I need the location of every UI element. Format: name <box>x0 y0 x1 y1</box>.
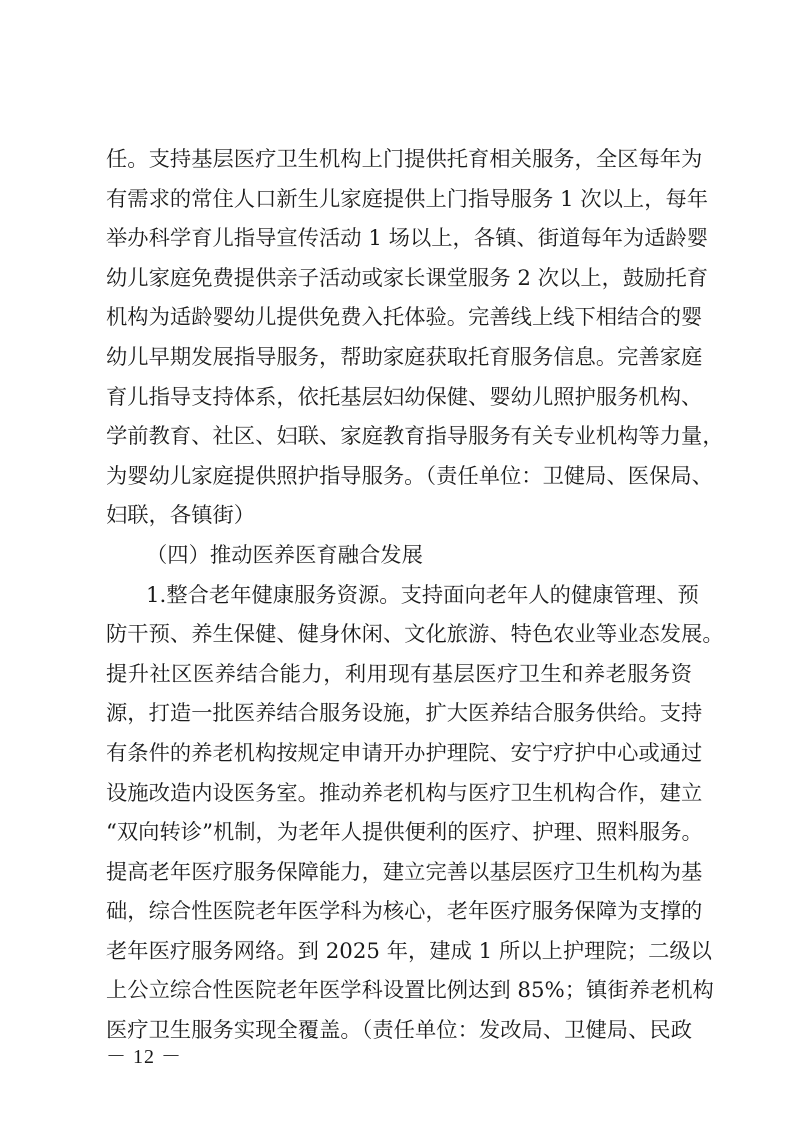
page-number: － 12 － <box>106 1040 182 1069</box>
text-line: 为婴幼儿家庭提供照护指导服务。（责任单位：卫健局、医保局、 <box>106 457 692 497</box>
text-line: 提升社区医养结合能力，利用现有基层医疗卫生和养老服务资 <box>106 655 692 695</box>
document-page: 任。支持基层医疗卫生机构上门提供托育相关服务，全区每年为有需求的常住人口新生儿家… <box>0 0 793 1122</box>
text-line: 有条件的养老机构按规定申请开办护理院、安宁疗护中心或通过 <box>106 734 692 774</box>
text-line: 任。支持基层医疗卫生机构上门提供托育相关服务，全区每年为 <box>106 140 692 180</box>
text-line: 1.整合老年健康服务资源。支持面向老年人的健康管理、预 <box>106 576 692 616</box>
text-line: 举办科学育儿指导宣传活动 1 场以上，各镇、街道每年为适龄婴 <box>106 219 692 259</box>
text-line: 础，综合性医院老年医学科为核心，老年医疗服务保障为支撑的 <box>106 892 692 932</box>
text-line: 老年医疗服务网络。到 2025 年，建成 1 所以上护理院；二级以 <box>106 932 692 972</box>
text-line: 幼儿早期发展指导服务，帮助家庭获取托育服务信息。完善家庭 <box>106 338 692 378</box>
text-line: 防干预、养生保健、健身休闲、文化旅游、特色农业等业态发展。 <box>106 615 692 655</box>
body-text: 任。支持基层医疗卫生机构上门提供托育相关服务，全区每年为有需求的常住人口新生儿家… <box>106 140 692 1051</box>
text-line: 提高老年医疗服务保障能力，建立完善以基层医疗卫生机构为基 <box>106 853 692 893</box>
text-line: 机构为适龄婴幼儿提供免费入托体验。完善线上线下相结合的婴 <box>106 298 692 338</box>
text-line: 上公立综合性医院老年医学科设置比例达到 85%；镇街养老机构 <box>106 971 692 1011</box>
text-line: “双向转诊”机制，为老年人提供便利的医疗、护理、照料服务。 <box>106 813 692 853</box>
text-line: 源，打造一批医养结合服务设施，扩大医养结合服务供给。支持 <box>106 694 692 734</box>
text-line: 妇联，各镇街） <box>106 496 692 536</box>
section-heading: （四）推动医养医育融合发展 <box>106 536 692 576</box>
text-line: 育儿指导支持体系，依托基层妇幼保健、婴幼儿照护服务机构、 <box>106 378 692 418</box>
text-line: 设施改造内设医务室。推动养老机构与医疗卫生机构合作，建立 <box>106 774 692 814</box>
text-line: 幼儿家庭免费提供亲子活动或家长课堂服务 2 次以上，鼓励托育 <box>106 259 692 299</box>
text-line: 有需求的常住人口新生儿家庭提供上门指导服务 1 次以上，每年 <box>106 180 692 220</box>
text-line: 医疗卫生服务实现全覆盖。（责任单位：发改局、卫健局、民政 <box>106 1011 692 1051</box>
text-line: 学前教育、社区、妇联、家庭教育指导服务有关专业机构等力量， <box>106 417 692 457</box>
